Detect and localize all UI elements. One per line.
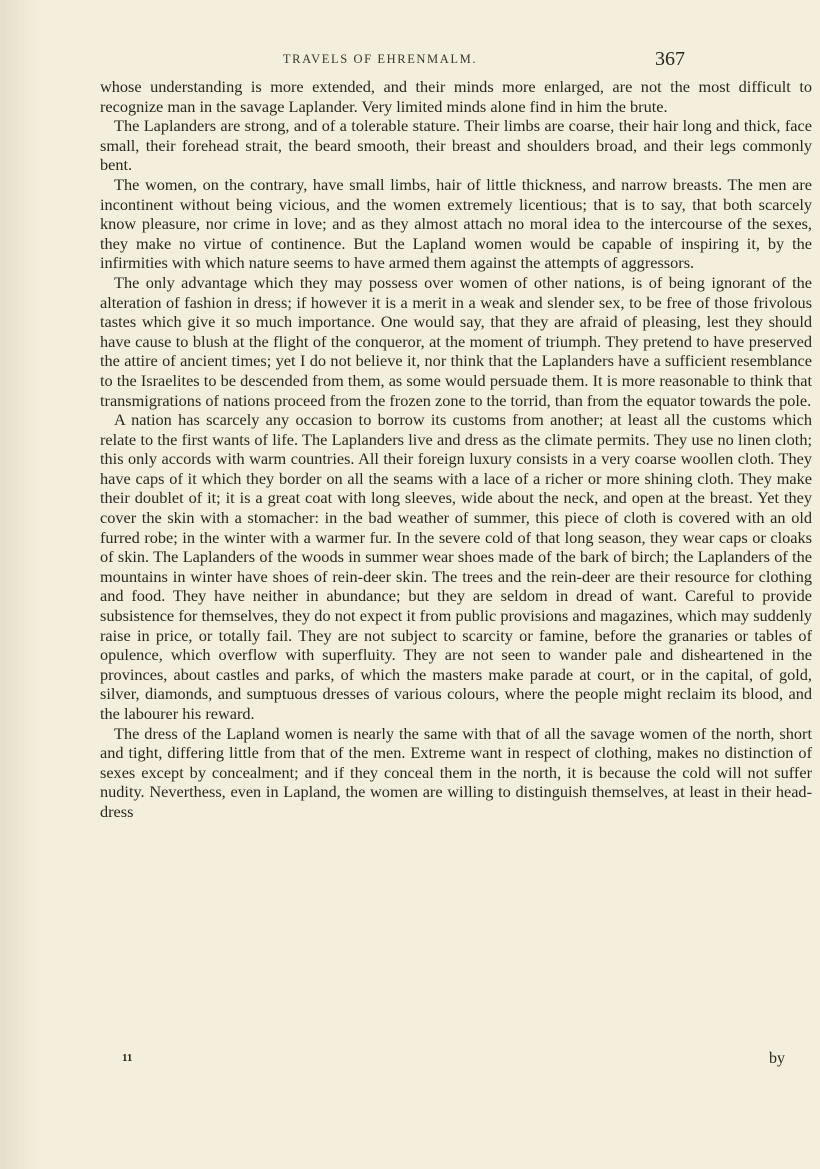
book-page: TRAVELS OF EHRENMALM. 367 whose understa… — [0, 0, 820, 1169]
running-head: TRAVELS OF EHRENMALM. 367 — [100, 51, 800, 73]
paragraph: The dress of the Lapland women is nearly… — [100, 724, 812, 822]
paragraph: A nation has scarcely any occasion to bo… — [100, 410, 812, 724]
signature-mark: 11 — [122, 1052, 132, 1064]
paragraph: The women, on the contrary, have small l… — [100, 175, 812, 273]
page-footer: 11 by — [85, 1049, 705, 1069]
page-number: 367 — [655, 48, 685, 71]
running-title: TRAVELS OF EHRENMALM. — [100, 52, 660, 67]
paragraph: whose understanding is more extended, an… — [100, 77, 812, 116]
paragraph: The only advantage which they may posses… — [100, 273, 812, 410]
body-text: whose understanding is more extended, an… — [100, 77, 812, 822]
paragraph: The Laplanders are strong, and of a tole… — [100, 116, 812, 175]
catchword: by — [769, 1050, 785, 1068]
